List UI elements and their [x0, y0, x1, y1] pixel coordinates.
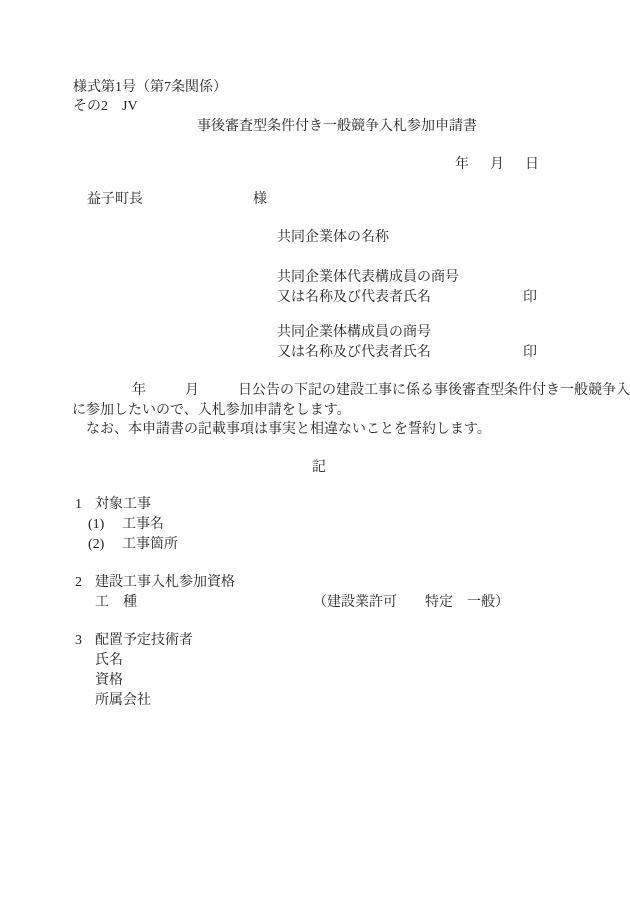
- section1-number: 1: [75, 495, 82, 515]
- engineer-name-label: 氏名: [95, 651, 123, 671]
- section3-number: 3: [75, 631, 82, 651]
- section1-item1-number: (1): [88, 515, 104, 535]
- member-title-line2: 又は名称及び代表者氏名: [277, 343, 431, 363]
- body-paragraph-line1: 年 月 日公告の下記の建設工事に係る事後審査型条件付き一般競争入札: [132, 381, 630, 401]
- engineer-qualification-label: 資格: [95, 671, 123, 691]
- application-form-document: 様式第1号（第7条関係） その2 JV 事後審査型条件付き一般競争入札参加申請書…: [0, 0, 630, 916]
- representative-title-line2: 又は名称及び代表者氏名: [277, 288, 431, 308]
- form-number: 様式第1号（第7条関係）: [73, 78, 227, 98]
- section2-number: 2: [75, 573, 82, 593]
- pledge-line: なお、本申請書の記載事項は事実と相違ないことを誓約します。: [86, 420, 491, 440]
- date-day-label: 日: [525, 155, 539, 175]
- date-line: 年 月 日: [455, 155, 539, 175]
- jv-name-label: 共同企業体の名称: [277, 228, 389, 248]
- member-title-line1: 共同企業体構成員の商号: [277, 323, 431, 343]
- section1-item2-number: (2): [88, 535, 104, 555]
- section2-heading: 建設工事入札参加資格: [95, 573, 235, 593]
- section1-item1-label: 工事名: [122, 515, 164, 535]
- representative-title-line1: 共同企業体代表構成員の商号: [277, 268, 459, 288]
- announce-month-label: 月: [185, 381, 199, 401]
- engineer-company-label: 所属会社: [95, 691, 151, 711]
- form-variant: その2 JV: [73, 97, 138, 117]
- addressee-honorific: 様: [253, 190, 267, 210]
- construction-permit-note: （建設業許可 特定 一般）: [313, 593, 509, 613]
- date-month-label: 月: [490, 155, 504, 175]
- body-paragraph-line2: に参加したいので、入札参加申請をします。: [72, 401, 351, 421]
- announce-year-label: 年: [132, 381, 146, 401]
- section1-heading: 対象工事: [95, 495, 151, 515]
- section1-item2-label: 工事箇所: [122, 535, 178, 555]
- section3-heading: 配置予定技術者: [95, 631, 193, 651]
- addressee-name: 益子町長: [87, 190, 143, 210]
- record-marker: 記: [312, 458, 326, 478]
- representative-seal-mark: 印: [523, 288, 537, 308]
- work-kind-label: 工 種: [95, 593, 137, 613]
- date-year-label: 年: [455, 155, 469, 175]
- document-title: 事後審査型条件付き一般競争入札参加申請書: [197, 117, 477, 137]
- member-seal-mark: 印: [523, 343, 537, 363]
- announce-day-and-text: 日公告の下記の建設工事に係る事後審査型条件付き一般競争入札: [238, 381, 630, 401]
